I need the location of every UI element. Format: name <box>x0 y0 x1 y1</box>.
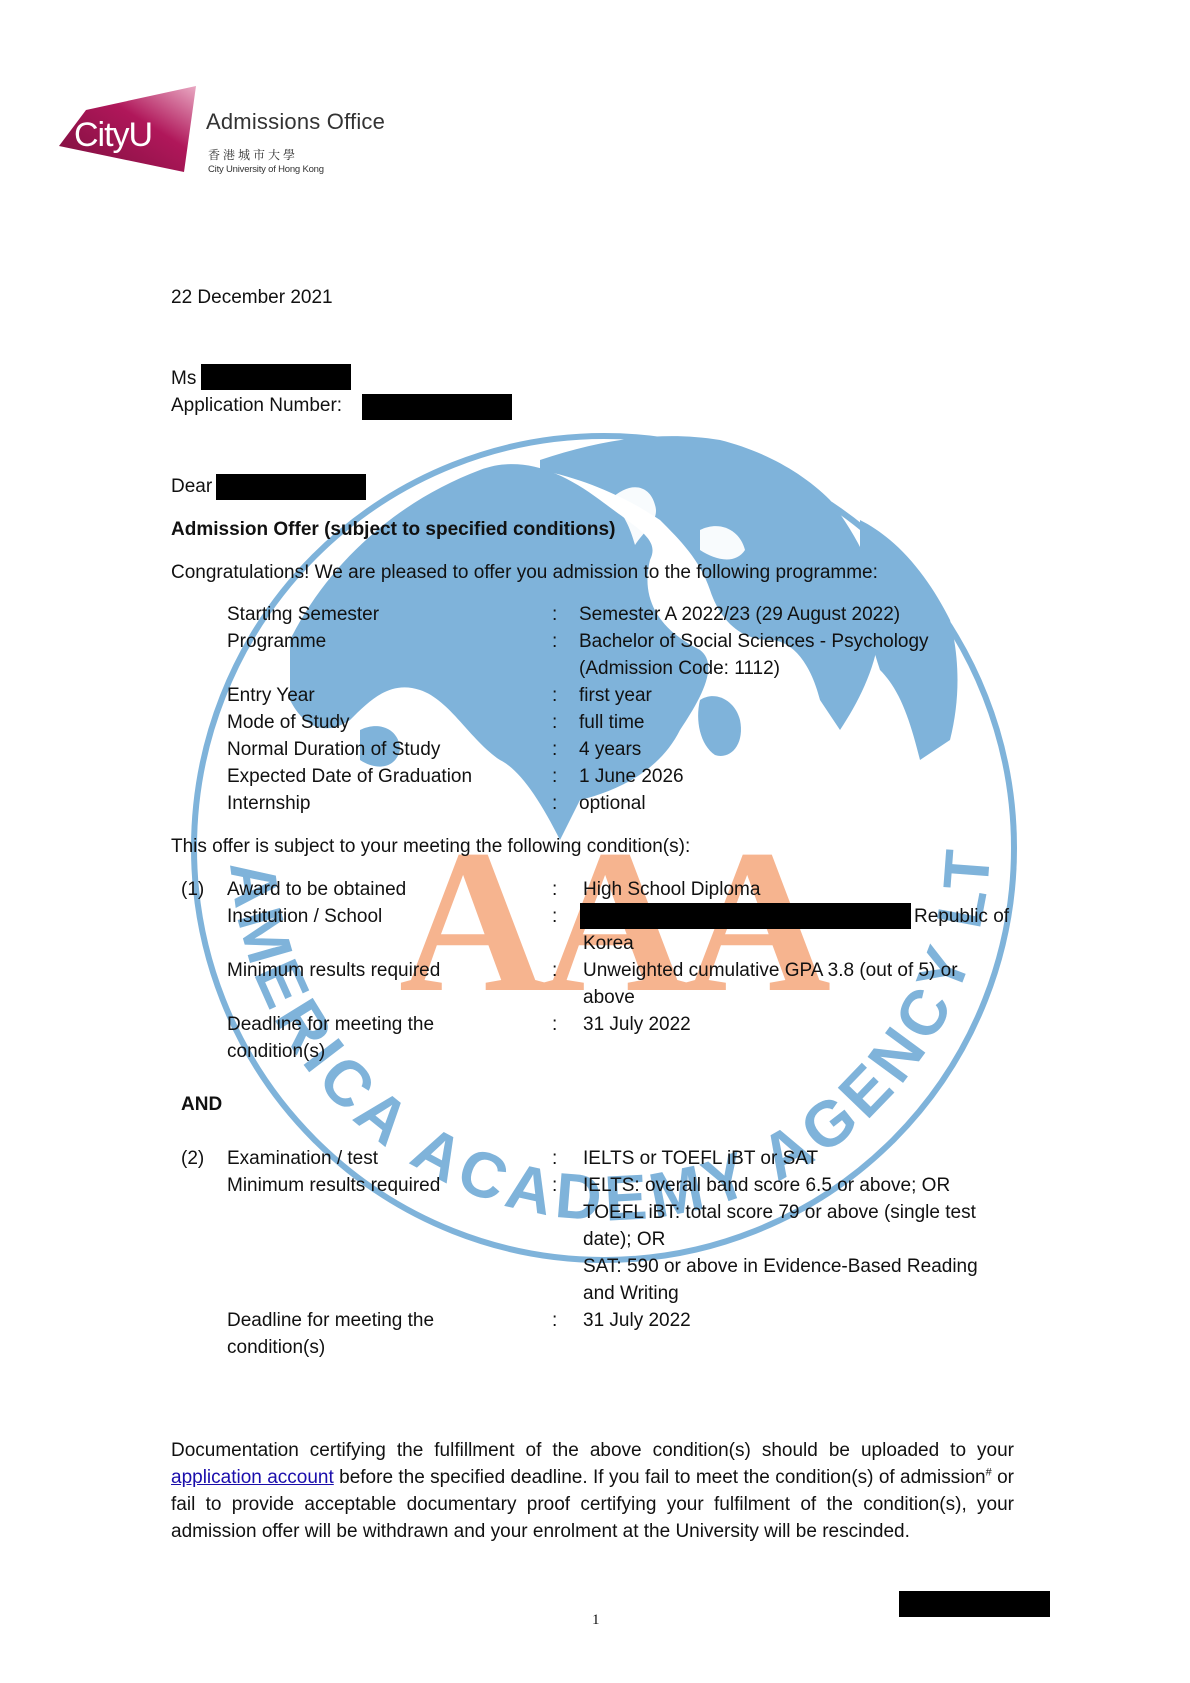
detail-value: first year <box>579 682 652 709</box>
redacted-recipient-name <box>216 474 366 500</box>
redacted-application-number <box>362 394 512 420</box>
award-value: High School Diploma <box>583 876 760 903</box>
detail-colon: : <box>552 763 557 790</box>
condition-number: (2) <box>181 1145 204 1172</box>
detail-colon: : <box>552 903 557 930</box>
detail-colon: : <box>552 1145 557 1172</box>
deadline-value: 31 July 2022 <box>583 1307 691 1334</box>
redacted-footer-reference <box>899 1591 1050 1617</box>
detail-colon: : <box>552 682 557 709</box>
university-name-chinese: 香港城市大學 <box>208 146 298 163</box>
deadline-label: Deadline for meeting the <box>227 1307 434 1334</box>
detail-value: optional <box>579 790 646 817</box>
min-results-line: SAT: 590 or above in Evidence-Based Read… <box>583 1253 978 1280</box>
detail-colon: : <box>552 628 557 655</box>
logo-wordmark: CityU <box>74 116 152 155</box>
detail-colon: : <box>552 736 557 763</box>
detail-label: Starting Semester <box>227 601 379 628</box>
application-number-label: Application Number: <box>171 392 342 419</box>
deadline-label-continued: condition(s) <box>227 1038 325 1065</box>
deadline-label: Deadline for meeting the <box>227 1011 434 1038</box>
detail-colon: : <box>552 790 557 817</box>
detail-colon: : <box>552 601 557 628</box>
detail-value: 1 June 2026 <box>579 763 684 790</box>
min-results-label: Minimum results required <box>227 957 440 984</box>
institution-label: Institution / School <box>227 903 382 930</box>
closing-paragraph: Documentation certifying the fulfillment… <box>171 1437 1014 1545</box>
redacted-school-name <box>580 903 911 929</box>
detail-label: Expected Date of Graduation <box>227 763 472 790</box>
detail-colon: : <box>552 709 557 736</box>
page-number: 1 <box>592 1612 600 1629</box>
institution-country-continued: Korea <box>583 930 634 957</box>
exam-value: IELTS or TOEFL iBT or SAT <box>583 1145 818 1172</box>
detail-label: Normal Duration of Study <box>227 736 440 763</box>
detail-label: Programme <box>227 628 326 655</box>
detail-colon: : <box>552 876 557 903</box>
exam-label: Examination / test <box>227 1145 378 1172</box>
detail-value: full time <box>579 709 644 736</box>
letter-subject: Admission Offer (subject to specified co… <box>171 516 615 543</box>
detail-colon: : <box>552 1011 557 1038</box>
detail-label: Internship <box>227 790 310 817</box>
university-name-english: City University of Hong Kong <box>208 164 324 175</box>
letter-date: 22 December 2021 <box>171 284 333 311</box>
letter-intro: Congratulations! We are pleased to offer… <box>171 559 878 586</box>
min-results-value-continued: above <box>583 984 635 1011</box>
min-results-value: Unweighted cumulative GPA 3.8 (out of 5)… <box>583 957 958 984</box>
min-results-line: TOEFL iBT: total score 79 or above (sing… <box>583 1199 976 1226</box>
detail-value: Bachelor of Social Sciences - Psychology <box>579 628 929 655</box>
min-results-line: date); OR <box>583 1226 665 1253</box>
cityu-logo: CityU Admissions Office 香港城市大學 City Univ… <box>56 84 386 184</box>
admissions-office-title: Admissions Office <box>206 109 385 135</box>
min-results-line: IELTS: overall band score 6.5 or above; … <box>583 1172 950 1199</box>
and-connector: AND <box>181 1091 222 1118</box>
deadline-value: 31 July 2022 <box>583 1011 691 1038</box>
min-results-label: Minimum results required <box>227 1172 440 1199</box>
conditions-intro: This offer is subject to your meeting th… <box>171 833 690 860</box>
salutation-prefix: Ms <box>171 365 196 392</box>
dear-label: Dear <box>171 473 212 500</box>
admission-letter-page: AMERICA ACADEMY AGENCY LTD. AAA CityU Ad… <box>0 0 1190 1683</box>
application-account-link[interactable]: application account <box>171 1467 334 1488</box>
detail-colon: : <box>552 957 557 984</box>
award-label: Award to be obtained <box>227 876 406 903</box>
closing-text: Documentation certifying the fulfillment… <box>171 1440 1014 1461</box>
institution-country: Republic of <box>914 903 1009 930</box>
condition-number: (1) <box>181 876 204 903</box>
detail-colon: : <box>552 1307 557 1334</box>
detail-value-continued: (Admission Code: 1112) <box>579 655 780 682</box>
detail-label: Entry Year <box>227 682 315 709</box>
min-results-line: and Writing <box>583 1280 679 1307</box>
detail-value: Semester A 2022/23 (29 August 2022) <box>579 601 900 628</box>
detail-label: Mode of Study <box>227 709 350 736</box>
redacted-name <box>201 364 351 390</box>
deadline-label-continued: condition(s) <box>227 1334 325 1361</box>
detail-colon: : <box>552 1172 557 1199</box>
closing-text: before the specified deadline. If you fa… <box>334 1467 986 1488</box>
detail-value: 4 years <box>579 736 641 763</box>
